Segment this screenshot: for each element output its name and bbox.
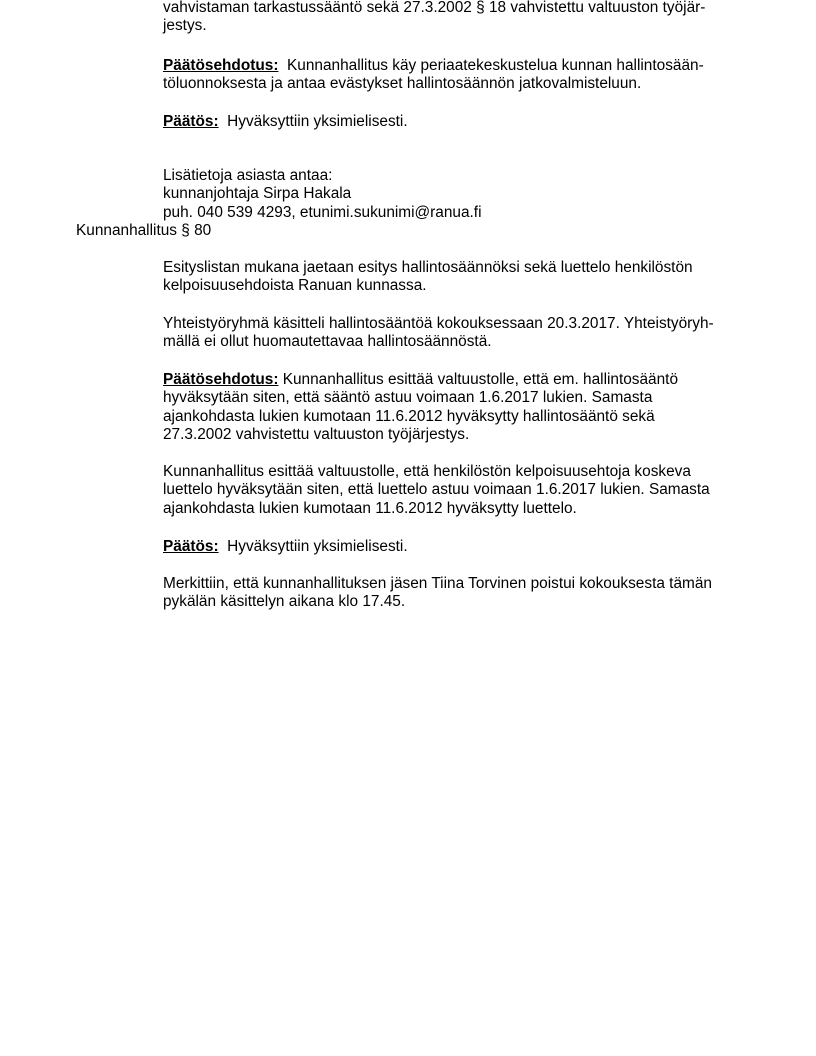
decision-text: Hyväksyttiin yksimielisesti.	[227, 538, 407, 555]
continuation-paragraph: vahvistaman tarkastussääntö sekä 27.3.20…	[163, 0, 753, 36]
text-line: ajankohdasta lukien kumotaan 11.6.2012 h…	[163, 500, 753, 518]
contact-info: Lisätietoja asiasta antaa: kunnanjohtaja…	[163, 167, 753, 222]
proposal-paragraph: Päätösehdotus: Kunnanhallitus esittää va…	[163, 371, 753, 445]
contact-person: kunnanjohtaja Sirpa Hakala	[163, 185, 753, 203]
text-line: pykälän käsittelyn aikana klo 17.45.	[163, 593, 753, 611]
text-line: 27.3.2002 vahvistettu valtuuston työjärj…	[163, 426, 753, 444]
text-line: luettelo hyväksytään siten, että luettel…	[163, 481, 753, 499]
contact-intro: Lisätietoja asiasta antaa:	[163, 167, 753, 185]
contact-details: puh. 040 539 4293, etunimi.sukunimi@ranu…	[163, 204, 753, 222]
decision-paragraph: Päätös: Hyväksyttiin yksimielisesti.	[163, 538, 753, 556]
text-line: Kunnanhallitus käy periaatekeskustelua k…	[287, 57, 704, 74]
text-line: Kunnanhallitus esittää valtuustolle, ett…	[163, 463, 753, 481]
text-line: Merkittiin, että kunnanhallituksen jäsen…	[163, 575, 753, 593]
note-paragraph: Merkittiin, että kunnanhallituksen jäsen…	[163, 575, 753, 612]
section-heading: Kunnanhallitus § 80	[76, 222, 211, 240]
text-line: jestys.	[163, 17, 753, 35]
text-line: vahvistaman tarkastussääntö sekä 27.3.20…	[163, 0, 753, 17]
text-line: mällä ei ollut huomautettavaa hallintosä…	[163, 333, 753, 351]
text-line: Esityslistan mukana jaetaan esitys halli…	[163, 259, 753, 277]
decision-label: Päätös:	[163, 538, 219, 555]
text-line: ajankohdasta lukien kumotaan 11.6.2012 h…	[163, 408, 753, 426]
text-line: töluonnoksesta ja antaa evästykset halli…	[163, 75, 753, 93]
decision-label: Päätös:	[163, 113, 219, 130]
decision-paragraph: Päätös: Hyväksyttiin yksimielisesti.	[163, 113, 753, 131]
proposal-label: Päätösehdotus:	[163, 57, 278, 74]
text-line: Kunnanhallitus esittää valtuustolle, ett…	[283, 371, 678, 388]
document-page: vahvistaman tarkastussääntö sekä 27.3.20…	[0, 0, 816, 1056]
body-paragraph: Esityslistan mukana jaetaan esitys halli…	[163, 259, 753, 296]
decision-text: Hyväksyttiin yksimielisesti.	[227, 113, 407, 130]
text-line: Yhteistyöryhmä käsitteli hallintosääntöä…	[163, 315, 753, 333]
proposal-paragraph: Päätösehdotus: Kunnanhallitus käy periaa…	[163, 57, 753, 94]
text-line: hyväksytään siten, että sääntö astuu voi…	[163, 389, 753, 407]
body-paragraph: Kunnanhallitus esittää valtuustolle, ett…	[163, 463, 753, 518]
text-line: kelpoisuusehdoista Ranuan kunnassa.	[163, 277, 753, 295]
body-paragraph: Yhteistyöryhmä käsitteli hallintosääntöä…	[163, 315, 753, 352]
proposal-label: Päätösehdotus:	[163, 371, 278, 388]
